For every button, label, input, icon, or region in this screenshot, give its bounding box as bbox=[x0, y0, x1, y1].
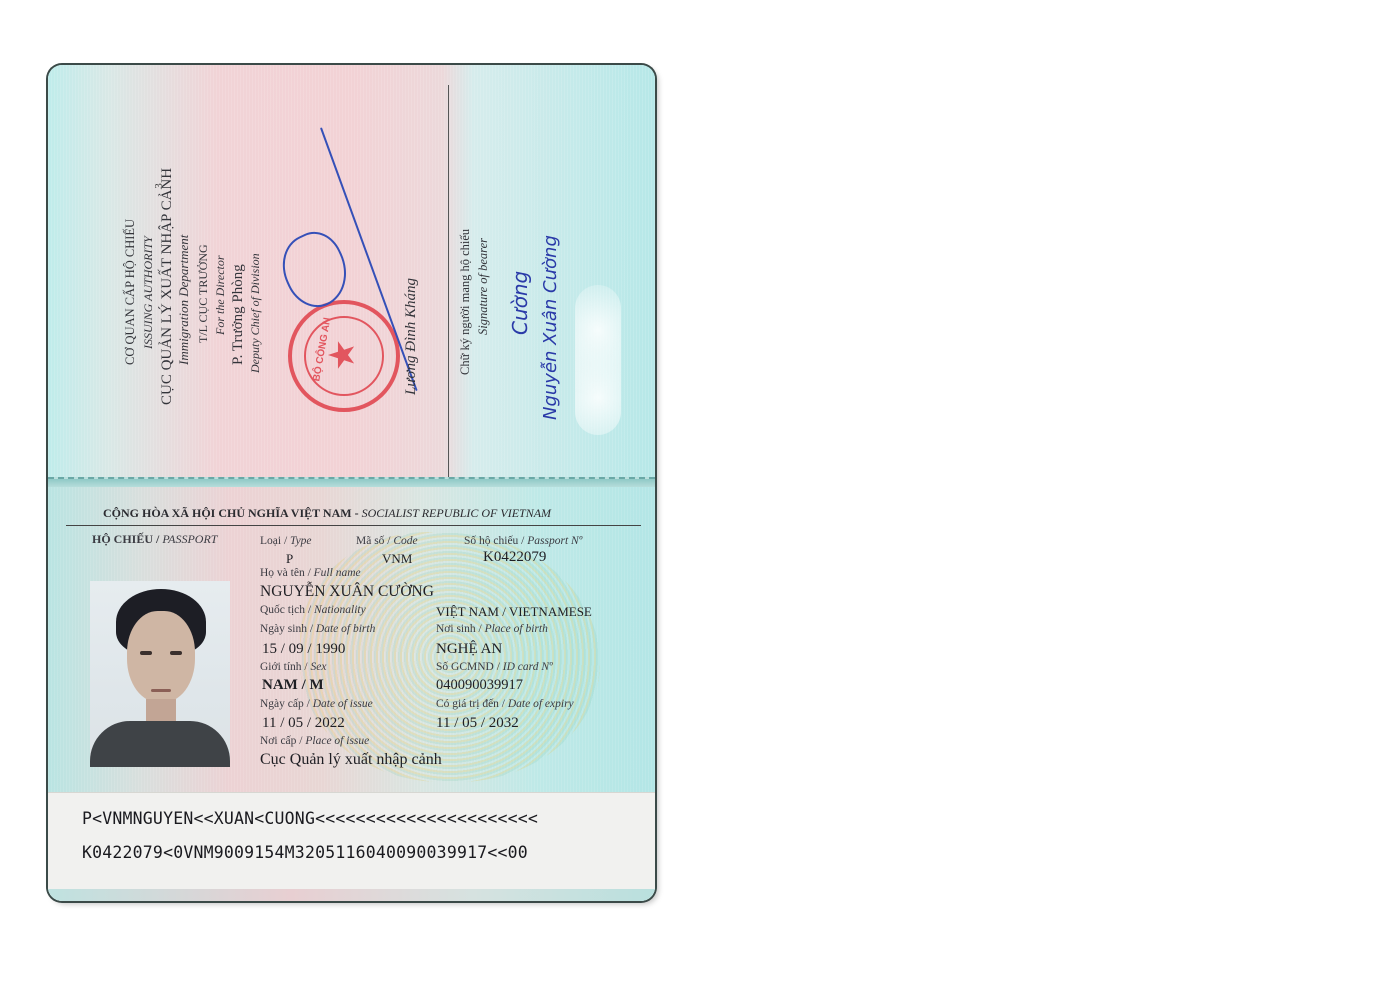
issuing-authority-page: 3 CƠ QUAN CẤP HỘ CHIẾU ISSUING AUTHORITY… bbox=[48, 65, 655, 477]
place-of-issue-label: Nơi cấp / Place of issue bbox=[260, 735, 369, 747]
passport-number-value: K0422079 bbox=[483, 549, 546, 566]
type-label: Loại / Type bbox=[260, 535, 312, 547]
date-of-birth-label: Ngày sinh / Date of birth bbox=[260, 623, 375, 635]
nationality-label: Quốc tịch / Nationality bbox=[260, 604, 366, 616]
machine-readable-zone: P<VNMNGUYEN<<XUAN<CUONG<<<<<<<<<<<<<<<<<… bbox=[48, 792, 655, 901]
code-value: VNM bbox=[382, 551, 412, 567]
mrz-line-2: K0422079<0VNM9009154M3205116040090039917… bbox=[82, 843, 528, 862]
id-card-value: 040090039917 bbox=[436, 677, 523, 694]
cloud-watermark bbox=[575, 285, 621, 435]
full-name-value: NGUYỄN XUÂN CƯỜNG bbox=[260, 583, 434, 601]
place-of-issue-value: Cục Quản lý xuất nhập cảnh bbox=[260, 751, 442, 769]
passport-number-label: Số hộ chiếu / Passport Nº bbox=[464, 535, 582, 547]
code-label: Mã số / Code bbox=[356, 535, 418, 547]
date-of-expiry-label: Có giá trị đến / Date of expiry bbox=[436, 698, 574, 710]
place-of-birth-label: Nơi sinh / Place of birth bbox=[436, 623, 548, 635]
data-page: CỘNG HÒA XÃ HỘI CHỦ NGHĨA VIỆT NAM - SOC… bbox=[48, 487, 655, 901]
bearer-signature-label-en: Signature of bearer bbox=[476, 238, 491, 335]
bottom-edge-strip bbox=[48, 889, 655, 901]
type-value: P bbox=[286, 551, 293, 567]
date-of-issue-label: Ngày cấp / Date of issue bbox=[260, 698, 373, 710]
passport-scan: 3 CƠ QUAN CẤP HỘ CHIẾU ISSUING AUTHORITY… bbox=[48, 65, 655, 901]
bearer-signature-short: Cường bbox=[508, 271, 532, 335]
issuing-authority-label-en: ISSUING AUTHORITY bbox=[141, 236, 156, 349]
department-name-en: Immigration Department bbox=[176, 235, 192, 365]
full-name-label: Họ và tên / Full name bbox=[260, 567, 361, 579]
date-of-expiry-value: 11 / 05 / 2032 bbox=[436, 715, 519, 732]
page-divider bbox=[448, 85, 449, 480]
sex-value: NAM / M bbox=[262, 677, 324, 694]
sex-label: Giới tính / Sex bbox=[260, 661, 326, 673]
place-of-birth-value: NGHỆ AN bbox=[436, 641, 502, 658]
mrz-line-1: P<VNMNGUYEN<<XUAN<CUONG<<<<<<<<<<<<<<<<<… bbox=[82, 809, 538, 828]
for-director-label-en: For the Director bbox=[213, 255, 228, 335]
official-title-en: Deputy Chief of Division bbox=[248, 253, 263, 373]
date-of-issue-value: 11 / 05 / 2022 bbox=[262, 715, 345, 732]
nationality-value: VIỆT NAM / VIETNAMESE bbox=[436, 604, 592, 620]
issuing-authority-label: CƠ QUAN CẤP HỘ CHIẾU bbox=[123, 219, 138, 365]
id-card-label: Số GCMND / ID card Nº bbox=[436, 661, 553, 673]
official-title: P. Trưởng Phòng bbox=[230, 264, 247, 365]
bearer-signature-full: Nguyễn Xuân Cường bbox=[540, 235, 561, 420]
header-rule bbox=[66, 525, 641, 526]
country-header: CỘNG HÒA XÃ HỘI CHỦ NGHĨA VIỆT NAM - SOC… bbox=[103, 506, 551, 521]
department-name: CỤC QUẢN LÝ XUẤT NHẬP CẢNH bbox=[159, 168, 176, 405]
date-of-birth-value: 15 / 09 / 1990 bbox=[262, 641, 345, 658]
document-title: HỘ CHIẾU / PASSPORT bbox=[92, 532, 217, 547]
bearer-signature-label: Chữ ký người mang hộ chiếu bbox=[458, 229, 473, 375]
for-director-label: T/L CỤC TRƯỞNG bbox=[196, 244, 211, 343]
bearer-photo bbox=[90, 581, 230, 767]
official-seal-stamp: ★ BỘ CÔNG AN bbox=[288, 300, 400, 412]
official-name: Lương Đình Kháng bbox=[403, 278, 420, 395]
